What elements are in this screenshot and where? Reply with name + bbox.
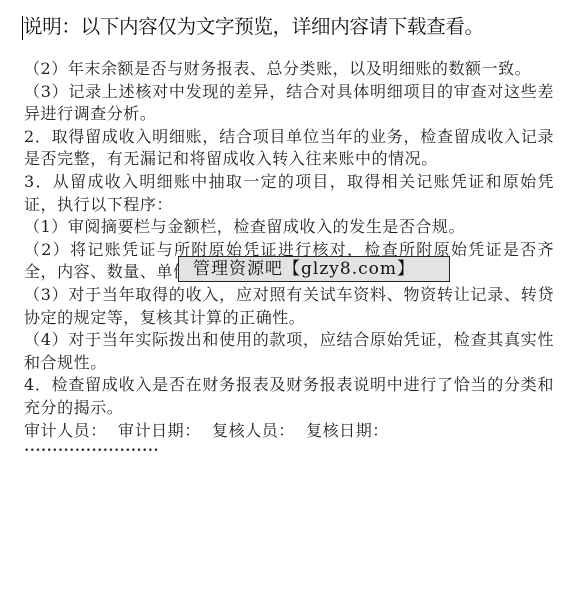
paragraph-3-4: （4）对于当年实际拨出和使用的款项，应结合原始凭证，检查其真实性和合规性。	[24, 329, 554, 374]
preview-notice: 说明：以下内容仅为文字预览，详细内容请下载查看。	[23, 14, 484, 40]
paragraph-3-3: （3）对于当年取得的收入，应对照有关试车资料、物资转让记录、转贷协定的规定等，复…	[24, 284, 554, 329]
paragraph-step-3: 3．从留成收入明细账中抽取一定的项目，取得相关记账凭证和原始凭证，执行以下程序：	[24, 171, 554, 216]
paragraph-step-2: 2．取得留成收入明细账，结合项目单位当年的业务，检查留成收入记录是否完整，有无漏…	[24, 126, 554, 171]
signature-row: 审计人员： 审计日期： 复核人员： 复核日期：	[24, 420, 554, 443]
paragraph-2-3: （3）记录上述核对中发现的差异，结合对具体明细项目的审查对这些差异进行调查分析。	[24, 81, 554, 126]
dotted-separator: ••••••••••••••••••••••••	[24, 444, 554, 458]
paragraph-3-1: （1）审阅摘要栏与金额栏，检查留成收入的发生是否合规。	[24, 216, 554, 239]
watermark-banner: 管理资源吧【glzy8.com】	[178, 256, 450, 282]
paragraph-2-2: （2）年末余额是否与财务报表、总分类账，以及明细账的数额一致。	[24, 58, 554, 81]
paragraph-step-4: 4．检查留成收入是否在财务报表及财务报表说明中进行了恰当的分类和充分的揭示。	[24, 374, 554, 419]
